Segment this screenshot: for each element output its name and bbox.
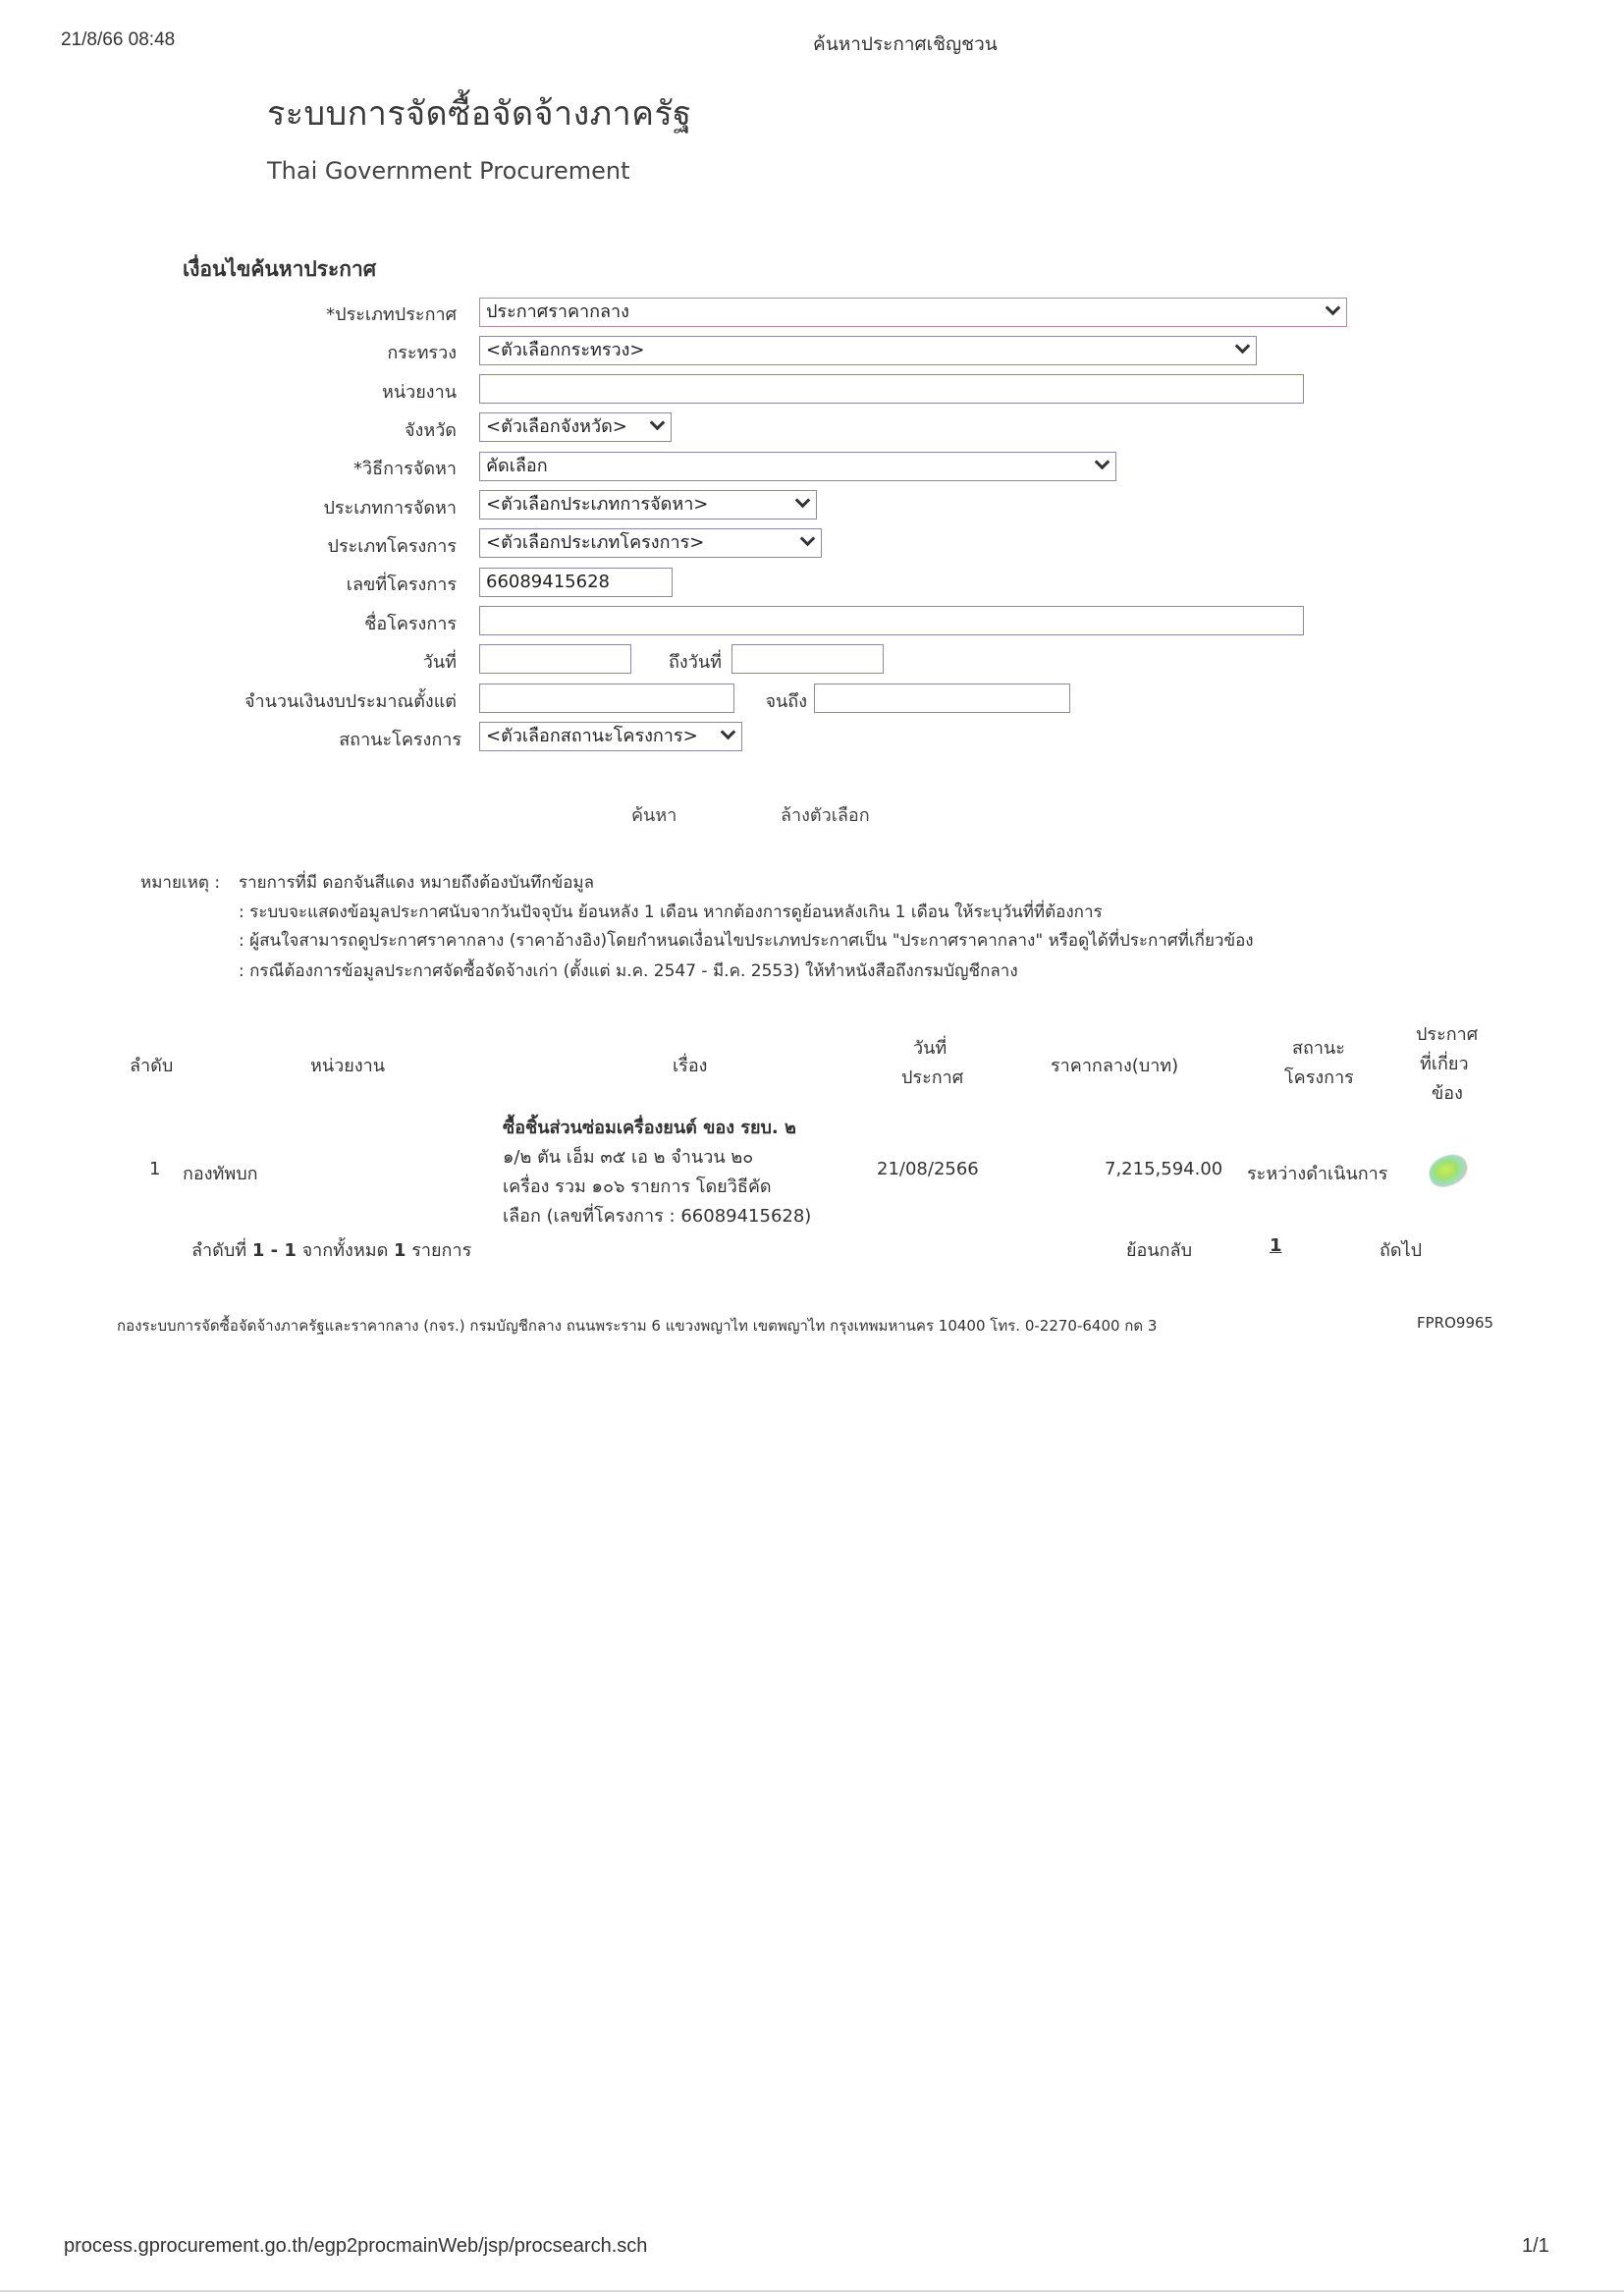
row-subject-line[interactable]: เลือก (เลขที่โครงการ : 66089415628) bbox=[503, 1201, 811, 1230]
row-subject-line[interactable]: ๑/๒ ตัน เอ็ม ๓๕ เอ ๒ จำนวน ๒๐ bbox=[503, 1142, 753, 1171]
chevron-down-icon bbox=[721, 725, 736, 740]
project-type-value: <ตัวเลือกประเภทโครงการ> bbox=[486, 532, 704, 553]
footer-address: กองระบบการจัดซื้อจัดจ้างภาครัฐและราคากลา… bbox=[117, 1314, 1157, 1338]
date-to-input[interactable] bbox=[731, 644, 884, 674]
column-header-agency: หน่วยงาน bbox=[310, 1051, 385, 1079]
pagination-summary-prefix: ลำดับที่ bbox=[191, 1240, 252, 1261]
pagination-total: 1 bbox=[394, 1240, 406, 1261]
pagination-range: 1 - 1 bbox=[252, 1240, 297, 1261]
announcement-type-value: ประกาศราคากลาง bbox=[486, 301, 629, 322]
procurement-type-value: <ตัวเลือกประเภทการจัดหา> bbox=[486, 494, 708, 515]
column-header-median-price: ราคากลาง(บาท) bbox=[1051, 1051, 1178, 1079]
pagination-summary-mid: จากทั้งหมด bbox=[297, 1240, 394, 1261]
agency-input[interactable] bbox=[479, 374, 1304, 404]
site-title-english: Thai Government Procurement bbox=[267, 157, 630, 185]
next-page-link[interactable]: ถัดไป bbox=[1380, 1235, 1422, 1264]
date-from-label: วันที่ bbox=[162, 647, 457, 676]
project-name-label: ชื่อโครงการ bbox=[162, 609, 457, 637]
notes-prefix: หมายเหตุ : bbox=[140, 869, 220, 896]
chevron-down-icon bbox=[650, 415, 666, 431]
agency-label: หน่วยงาน bbox=[162, 377, 457, 406]
province-label: จังหวัด bbox=[162, 415, 457, 444]
column-header-order: ลำดับ bbox=[130, 1051, 173, 1079]
ministry-select[interactable]: <ตัวเลือกกระทรวง> bbox=[479, 336, 1257, 365]
project-status-select[interactable]: <ตัวเลือกสถานะโครงการ> bbox=[479, 722, 742, 751]
column-header-related-line2: ที่เกี่ยว bbox=[1420, 1049, 1469, 1077]
row-subject-line[interactable]: ซื้อชิ้นส่วนซ่อมเครื่องยนต์ ของ รยบ. ๒ bbox=[503, 1113, 796, 1141]
ministry-label: กระทรวง bbox=[162, 338, 457, 366]
print-page-number: 1/1 bbox=[1522, 2235, 1549, 2258]
project-type-select[interactable]: <ตัวเลือกประเภทโครงการ> bbox=[479, 528, 822, 558]
site-title-thai: ระบบการจัดซื้อจัดจ้างภาครัฐ bbox=[267, 86, 692, 139]
note-line: รายการที่มี ดอกจันสีแดง หมายถึงต้องบันทึ… bbox=[239, 869, 594, 896]
chevron-down-icon bbox=[1235, 339, 1251, 355]
row-median-price: 7,215,594.00 bbox=[1105, 1159, 1222, 1179]
announcement-type-select[interactable]: ประกาศราคากลาง bbox=[479, 298, 1347, 327]
chevron-down-icon bbox=[800, 531, 816, 547]
budget-to-input[interactable] bbox=[814, 683, 1070, 713]
project-number-label: เลขที่โครงการ bbox=[162, 570, 457, 598]
row-order: 1 bbox=[149, 1159, 160, 1179]
column-header-related-line3: ข้อง bbox=[1432, 1078, 1463, 1107]
province-select[interactable]: <ตัวเลือกจังหวัด> bbox=[479, 412, 672, 442]
chevron-down-icon bbox=[795, 493, 811, 509]
clear-button[interactable]: ล้างตัวเลือก bbox=[781, 800, 870, 829]
budget-from-label: จำนวนเงินงบประมาณตั้งแต่ bbox=[162, 686, 457, 715]
province-value: <ตัวเลือกจังหวัด> bbox=[486, 416, 627, 437]
related-announcement-icon[interactable] bbox=[1425, 1150, 1472, 1191]
column-header-date-line2: ประกาศ bbox=[901, 1063, 963, 1091]
note-line: : ระบบจะแสดงข้อมูลประกาศนับจากวันปัจจุบั… bbox=[239, 899, 1103, 925]
chevron-down-icon bbox=[1095, 455, 1110, 470]
page-number-link[interactable]: 1 bbox=[1270, 1235, 1282, 1256]
project-number-input[interactable]: 66089415628 bbox=[479, 568, 673, 597]
date-to-label: ถึงวันที่ bbox=[427, 647, 722, 676]
page-edge-divider bbox=[0, 2290, 1624, 2292]
column-header-related-line1: ประกาศ bbox=[1416, 1019, 1478, 1048]
procurement-method-label: *วิธีการจัดหา bbox=[162, 454, 457, 482]
procurement-type-label: ประเภทการจัดหา bbox=[162, 493, 457, 521]
previous-page-link[interactable]: ย้อนกลับ bbox=[1126, 1235, 1192, 1264]
project-name-input[interactable] bbox=[479, 606, 1304, 635]
row-agency: กองทัพบก bbox=[183, 1159, 258, 1187]
project-status-label: สถานะโครงการ bbox=[167, 725, 461, 753]
budget-to-label: จนถึง bbox=[513, 686, 807, 715]
procurement-type-select[interactable]: <ตัวเลือกประเภทการจัดหา> bbox=[479, 490, 817, 519]
chevron-down-icon bbox=[1326, 301, 1341, 316]
print-page-title: ค้นหาประกาศเชิญชวน bbox=[813, 29, 998, 59]
print-url: process.gprocurement.go.th/egp2procmainW… bbox=[64, 2235, 647, 2258]
procurement-method-value: คัดเลือก bbox=[486, 456, 548, 476]
footer-page-code: FPRO9965 bbox=[1417, 1314, 1493, 1332]
note-line: : กรณีต้องการข้อมูลประกาศจัดซื้อจัดจ้างเ… bbox=[239, 957, 1018, 984]
note-line: : ผู้สนใจสามารถดูประกาศราคากลาง (ราคาอ้า… bbox=[239, 927, 1254, 954]
pagination-summary: ลำดับที่ 1 - 1 จากทั้งหมด 1 รายการ bbox=[191, 1235, 471, 1264]
column-header-subject: เรื่อง bbox=[673, 1051, 707, 1079]
column-header-status-line2: โครงการ bbox=[1284, 1063, 1354, 1091]
column-header-date-line1: วันที่ bbox=[913, 1033, 947, 1062]
row-subject-line[interactable]: เครื่อง รวม ๑๐๖ รายการ โดยวิธีคัด bbox=[503, 1172, 772, 1200]
project-type-label: ประเภทโครงการ bbox=[162, 531, 457, 560]
announcement-type-label: *ประเภทประกาศ bbox=[162, 300, 457, 328]
ministry-value: <ตัวเลือกกระทรวง> bbox=[486, 340, 645, 360]
project-status-value: <ตัวเลือกสถานะโครงการ> bbox=[486, 726, 698, 746]
column-header-status-line1: สถานะ bbox=[1292, 1033, 1345, 1062]
search-button[interactable]: ค้นหา bbox=[631, 800, 677, 829]
row-date: 21/08/2566 bbox=[877, 1159, 979, 1179]
pagination-summary-suffix: รายการ bbox=[406, 1240, 472, 1261]
row-status: ระหว่างดำเนินการ bbox=[1247, 1159, 1387, 1187]
procurement-method-select[interactable]: คัดเลือก bbox=[479, 452, 1116, 481]
search-form-heading: เงื่อนไขค้นหาประกาศ bbox=[183, 253, 376, 286]
print-datetime: 21/8/66 08:48 bbox=[61, 29, 175, 51]
